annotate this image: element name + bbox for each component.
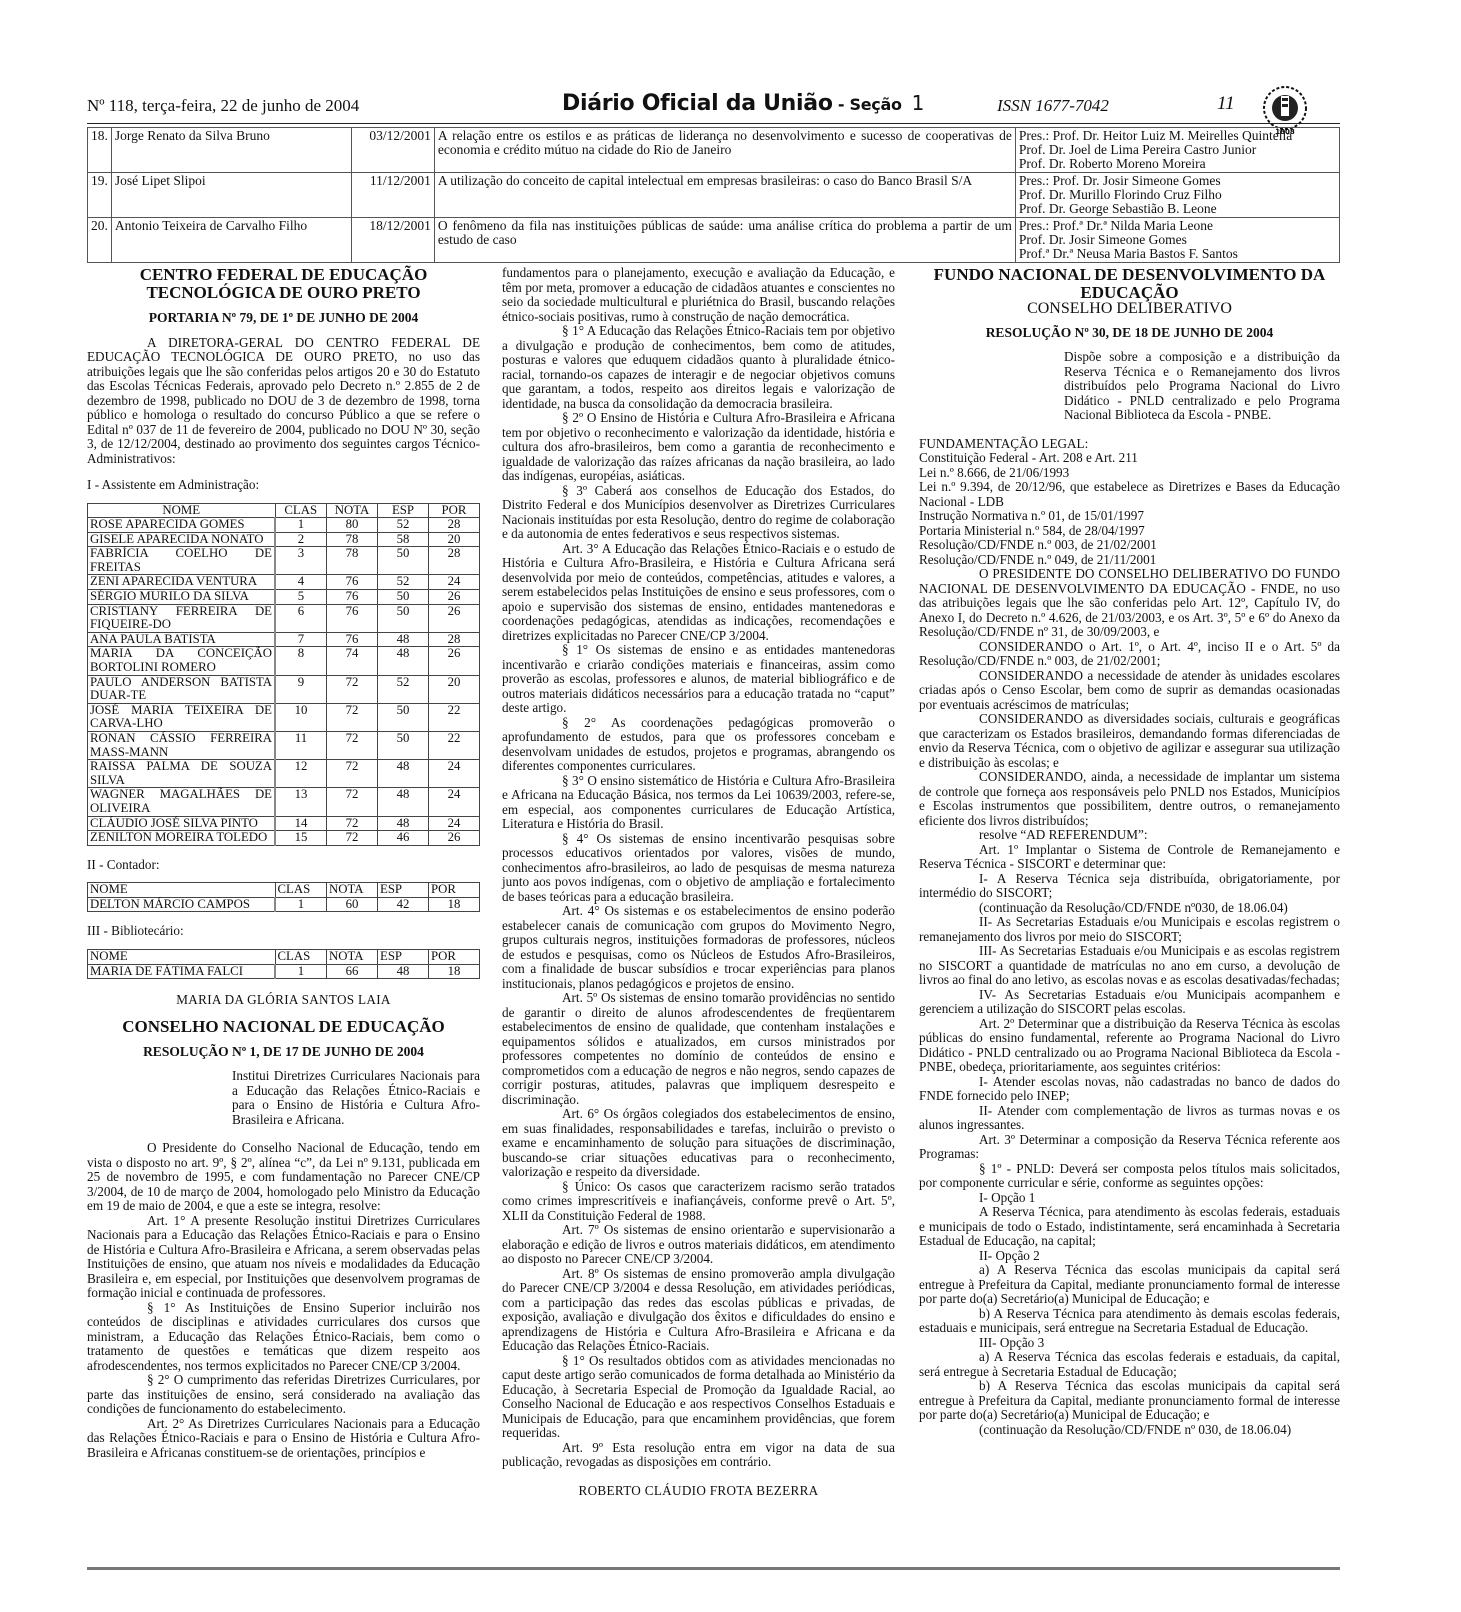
results-table-contador: NOME CLAS NOTA ESP POR DELTON MÁRCIO CAM…	[87, 882, 480, 912]
board-member: Prof. Dr. George Sebastião B. Leone	[1019, 202, 1336, 216]
col-header-nome: NOME	[88, 503, 276, 518]
table-header-row: NOME CLAS NOTA ESP POR	[88, 949, 480, 964]
page-header: Nº 118, terça-feira, 22 de junho de 2004…	[87, 96, 1340, 120]
thesis-title: A utilização do conceito de capital inte…	[434, 173, 1015, 218]
table-row: CLÁUDIO JOSÉ SILVA PINTO14724824	[88, 816, 480, 831]
col-header-nome: NOME	[88, 883, 276, 898]
title-text: Diário Oficial da União	[562, 91, 833, 116]
table-row: CRISTIANY FERREIRA DE FIQUEIRE-DO6765026	[88, 604, 480, 632]
table-row: MARIA DE FÁTIMA FALCI1664818	[88, 964, 480, 979]
group-label: II - Contador:	[87, 858, 480, 873]
fnde-heading: FUNDO NACIONAL DE DESENVOLVIMENTO DA EDU…	[919, 266, 1340, 302]
paragraph: a) A Reserva Técnica das escolas municip…	[919, 1263, 1340, 1307]
results-table-assistente: NOME CLAS NOTA ESP POR ROSE APARECIDA GO…	[87, 503, 480, 846]
col-header-esp: ESP	[378, 949, 429, 964]
board-member: Prof. Dr. Josir Simeone Gomes	[1019, 233, 1336, 247]
table-row: ZENI APARECIDA VENTURA4765224	[88, 575, 480, 590]
score-cell: 46	[378, 831, 429, 846]
header-rule	[87, 123, 1340, 124]
legal-basis-line: Instrução Normativa n.º 01, de 15/01/199…	[919, 509, 1340, 524]
legal-basis-line: Resolução/CD/FNDE n.º 049, de 21/11/2001	[919, 553, 1340, 568]
score-cell: 15	[275, 831, 327, 846]
board-member: Prof. Dr. Roberto Moreno Moreira	[1019, 157, 1336, 171]
paragraph: § 2° As coordenações pedagógicas promove…	[502, 716, 895, 774]
score-cell: 2	[275, 532, 327, 547]
score-cell: 76	[327, 632, 378, 647]
legal-basis-line: FUNDAMENTAÇÃO LEGAL:	[919, 437, 1340, 452]
paragraph: II- Atender com complementação de livros…	[919, 1104, 1340, 1133]
table-row: ANA PAULA BATISTA7764828	[88, 632, 480, 647]
table-row: RAISSA PALMA DE SOUZA SILVA12724824	[88, 760, 480, 788]
paragraph: § 1° A Educação das Relações Étnico-Raci…	[502, 324, 895, 411]
candidate-name: RONAN CÁSSIO FERREIRA MASS-MANN	[88, 732, 276, 760]
paragraph: Art. 7º Os sistemas de ensino orientarão…	[502, 1223, 895, 1267]
author-name: José Lipet Slipoi	[111, 173, 351, 218]
fnde-legal-basis: FUNDAMENTAÇÃO LEGAL:Constituição Federal…	[919, 437, 1340, 568]
fnde-ementa: Dispõe sobre a composição e a distribuiç…	[1064, 350, 1340, 423]
score-cell: 5	[275, 590, 327, 605]
table-header-row: NOME CLAS NOTA ESP POR	[88, 503, 480, 518]
candidate-name: CRISTIANY FERREIRA DE FIQUEIRE-DO	[88, 604, 276, 632]
score-cell: 6	[275, 604, 327, 632]
paragraph: § 2° O cumprimento das referidas Diretri…	[87, 1373, 480, 1417]
score-cell: 48	[378, 788, 429, 816]
cne-signature: ROBERTO CLÁUDIO FROTA BEZERRA	[502, 1484, 895, 1499]
candidate-name: JOSÉ MARIA TEIXEIRA DE CARVA-LHO	[88, 703, 276, 731]
paragraph: § 4° Os sistemas de ensino incentivarão …	[502, 832, 895, 905]
score-cell: 60	[327, 897, 378, 912]
candidate-name: DELTON MÁRCIO CAMPOS	[88, 897, 276, 912]
candidate-name: ZENILTON MOREIRA TOLEDO	[88, 831, 276, 846]
paragraph: III- Opção 3	[919, 1336, 1340, 1351]
score-cell: 28	[429, 632, 480, 647]
paragraph: CONSIDERANDO a necessidade de atender às…	[919, 669, 1340, 713]
paragraph: § 3º Caberá aos conselhos de Educação do…	[502, 484, 895, 542]
score-cell: 20	[429, 675, 480, 703]
group-label: I - Assistente em Administração:	[87, 478, 480, 493]
score-cell: 42	[378, 897, 429, 912]
score-cell: 80	[327, 518, 378, 533]
paragraph: I- Opção 1	[919, 1191, 1340, 1206]
score-cell: 1	[275, 518, 327, 533]
candidate-name: ZENI APARECIDA VENTURA	[88, 575, 276, 590]
column-1: CENTRO FEDERAL DE EDUCAÇÃO TECNOLÓGICA D…	[87, 266, 480, 1460]
score-cell: 28	[429, 547, 480, 575]
row-number: 18.	[88, 128, 112, 173]
score-cell: 24	[429, 575, 480, 590]
score-cell: 72	[327, 675, 378, 703]
score-cell: 13	[275, 788, 327, 816]
score-cell: 9	[275, 675, 327, 703]
table-row: GISELE APARECIDA NONATO2785820	[88, 532, 480, 547]
table-row: SÉRGIO MURILO DA SILVA5765026	[88, 590, 480, 605]
score-cell: 72	[327, 732, 378, 760]
score-cell: 3	[275, 547, 327, 575]
table-row: ZENILTON MOREIRA TOLEDO15724626	[88, 831, 480, 846]
score-cell: 8	[275, 647, 327, 675]
col-header-clas: CLAS	[275, 949, 327, 964]
table-row: RONAN CÁSSIO FERREIRA MASS-MANN11725022	[88, 732, 480, 760]
score-cell: 1	[275, 964, 327, 979]
examining-board: Pres.: Prof.ª Dr.ª Nilda Maria LeoneProf…	[1015, 218, 1339, 263]
paragraph: resolve “AD REFERENDUM”:	[919, 828, 1340, 843]
score-cell: 4	[275, 575, 327, 590]
paragraph: Art. 1° A presente Resolução institui Di…	[87, 1214, 480, 1301]
cefet-act-title: PORTARIA Nº 79, DE 1º DE JUNHO DE 2004	[87, 311, 480, 326]
score-cell: 24	[429, 788, 480, 816]
issue-date: Nº 118, terça-feira, 22 de junho de 2004	[87, 96, 359, 116]
paragraph: § 3° O ensino sistemático de História e …	[502, 774, 895, 832]
paragraph: Art. 4° Os sistemas e os estabelecimento…	[502, 904, 895, 991]
paragraph: I- Atender escolas novas, não cadastrada…	[919, 1075, 1340, 1104]
col-header-esp: ESP	[378, 503, 429, 518]
score-cell: 26	[429, 590, 480, 605]
paragraph: § Único: Os casos que caracterizem racis…	[502, 1180, 895, 1224]
score-cell: 52	[378, 575, 429, 590]
score-cell: 24	[429, 760, 480, 788]
table-row: 18. Jorge Renato da Silva Bruno 03/12/20…	[88, 128, 1340, 173]
score-cell: 28	[429, 518, 480, 533]
paragraph: Art. 3° A Educação das Relações Étnico-R…	[502, 542, 895, 644]
footer-rule	[87, 1567, 1340, 1570]
section-label: - Seção	[833, 95, 902, 114]
candidate-name: FABRÍCIA COELHO DE FREITAS	[88, 547, 276, 575]
col-header-nome: NOME	[88, 949, 276, 964]
score-cell: 48	[378, 760, 429, 788]
board-member: Pres.: Prof. Dr. Heitor Luiz M. Meirelle…	[1019, 129, 1336, 143]
score-cell: 78	[327, 532, 378, 547]
table-row: PAULO ANDERSON BATISTA DUAR-TE9725220	[88, 675, 480, 703]
score-cell: 72	[327, 760, 378, 788]
score-cell: 76	[327, 604, 378, 632]
board-member: Pres.: Prof.ª Dr.ª Nilda Maria Leone	[1019, 219, 1336, 233]
author-name: Jorge Renato da Silva Bruno	[111, 128, 351, 173]
table-row: JOSÉ MARIA TEIXEIRA DE CARVA-LHO10725022	[88, 703, 480, 731]
candidate-name: ANA PAULA BATISTA	[88, 632, 276, 647]
row-number: 19.	[88, 173, 112, 218]
paragraph: § 1º - PNLD: Deverá ser composta pelos t…	[919, 1162, 1340, 1191]
column-2: fundamentos para o planejamento, execuçã…	[502, 266, 895, 1508]
publication-title: Diário Oficial da União - Seção1	[562, 91, 924, 116]
score-cell: 22	[429, 732, 480, 760]
section-number: 1	[912, 91, 924, 115]
candidate-name: CLÁUDIO JOSÉ SILVA PINTO	[88, 816, 276, 831]
paragraph: I- A Reserva Técnica seja distribuída, o…	[919, 872, 1340, 901]
col-header-clas: CLAS	[275, 883, 327, 898]
examining-board: Pres.: Prof. Dr. Heitor Luiz M. Meirelle…	[1015, 128, 1339, 173]
paragraph: II- Opção 2	[919, 1249, 1340, 1264]
score-cell: 12	[275, 760, 327, 788]
paragraph: Art. 5º Os sistemas de ensino tomarão pr…	[502, 991, 895, 1107]
row-number: 20.	[88, 218, 112, 263]
paragraph: § 1° Os resultados obtidos com as ativid…	[502, 1354, 895, 1441]
legal-basis-line: Lei n.º 8.666, de 21/06/1993	[919, 466, 1340, 481]
board-member: Pres.: Prof. Dr. Josir Simeone Gomes	[1019, 174, 1336, 188]
score-cell: 26	[429, 831, 480, 846]
fnde-act-title: RESOLUÇÃO Nº 30, DE 18 DE JUNHO DE 2004	[919, 326, 1340, 341]
candidate-name: GISELE APARECIDA NONATO	[88, 532, 276, 547]
score-cell: 52	[378, 675, 429, 703]
table-header-row: NOME CLAS NOTA ESP POR	[88, 883, 480, 898]
defense-date: 03/12/2001	[351, 128, 434, 173]
score-cell: 7	[275, 632, 327, 647]
score-cell: 50	[378, 547, 429, 575]
paragraph: III- As Secretarias Estaduais e/ou Munic…	[919, 944, 1340, 988]
paragraph: (continuação da Resolução/CD/FNDE nº030,…	[919, 901, 1340, 916]
paragraph: O Presidente do Conselho Nacional de Edu…	[87, 1141, 480, 1214]
paragraph: b) A Reserva Técnica para atendimento às…	[919, 1307, 1340, 1336]
score-cell: 50	[378, 703, 429, 731]
score-cell: 18	[429, 897, 480, 912]
score-cell: 72	[327, 703, 378, 731]
score-cell: 72	[327, 816, 378, 831]
candidate-name: WAGNER MAGALHÃES DE OLIVEIRA	[88, 788, 276, 816]
cne-heading: CONSELHO NACIONAL DE EDUCAÇÃO	[87, 1018, 480, 1036]
paragraph: IV- As Secretarias Estaduais e/ou Munici…	[919, 988, 1340, 1017]
score-cell: 50	[378, 732, 429, 760]
score-cell: 66	[327, 964, 378, 979]
paragraph: § 2º O Ensino de História e Cultura Afro…	[502, 411, 895, 484]
board-member: Prof. Dr. Murillo Florindo Cruz Filho	[1019, 188, 1336, 202]
candidate-name: PAULO ANDERSON BATISTA DUAR-TE	[88, 675, 276, 703]
paragraph: Art. 2° As Diretrizes Curriculares Nacio…	[87, 1417, 480, 1461]
cefet-body: A DIRETORA-GERAL DO CENTRO FEDERAL DE ED…	[87, 336, 480, 467]
candidate-name: RAISSA PALMA DE SOUZA SILVA	[88, 760, 276, 788]
score-cell: 50	[378, 590, 429, 605]
score-cell: 58	[378, 532, 429, 547]
col-header-clas: CLAS	[275, 503, 327, 518]
score-cell: 52	[378, 518, 429, 533]
paragraph: CONSIDERANDO as diversidades sociais, cu…	[919, 712, 1340, 770]
results-table-bibliotecario: NOME CLAS NOTA ESP POR MARIA DE FÁTIMA F…	[87, 949, 480, 979]
paragraph: CONSIDERANDO o Art. 1º, o Art. 4º, incis…	[919, 640, 1340, 669]
paragraph: Art. 3º Determinar a composição da Reser…	[919, 1133, 1340, 1162]
paragraph: § 1° Os sistemas de ensino e as entidade…	[502, 643, 895, 716]
board-member: Prof. Dr. Joel de Lima Pereira Castro Ju…	[1019, 143, 1336, 157]
score-cell: 1	[275, 897, 327, 912]
paragraph: b) A Reserva Técnica das escolas municip…	[919, 1379, 1340, 1423]
score-cell: 50	[378, 604, 429, 632]
score-cell: 48	[378, 964, 429, 979]
table-row: FABRÍCIA COELHO DE FREITAS3785028	[88, 547, 480, 575]
col-header-por: POR	[429, 883, 480, 898]
score-cell: 76	[327, 575, 378, 590]
score-cell: 22	[429, 703, 480, 731]
score-cell: 72	[327, 831, 378, 846]
fnde-body: O PRESIDENTE DO CONSELHO DELIBERATIVO DO…	[919, 567, 1340, 1437]
score-cell: 48	[378, 632, 429, 647]
col-header-nota: NOTA	[327, 503, 378, 518]
defense-date: 11/12/2001	[351, 173, 434, 218]
fnde-subheading: CONSELHO DELIBERATIVO	[919, 302, 1340, 317]
table-row: ROSE APARECIDA GOMES1805228	[88, 518, 480, 533]
paragraph: O PRESIDENTE DO CONSELHO DELIBERATIVO DO…	[919, 567, 1340, 640]
score-cell: 18	[429, 964, 480, 979]
paragraph: (continuação da Resolução/CD/FNDE nº 030…	[919, 1423, 1340, 1438]
score-cell: 78	[327, 547, 378, 575]
col-header-por: POR	[429, 503, 480, 518]
col-header-por: POR	[429, 949, 480, 964]
paragraph: § 1° As Instituições de Ensino Superior …	[87, 1301, 480, 1374]
score-cell: 20	[429, 532, 480, 547]
cne-body-col1: O Presidente do Conselho Nacional de Edu…	[87, 1141, 480, 1460]
cne-ementa: Institui Diretrizes Curriculares Naciona…	[232, 1069, 480, 1127]
score-cell: 10	[275, 703, 327, 731]
table-row: 19. José Lipet Slipoi 11/12/2001 A utili…	[88, 173, 1340, 218]
page-number: 11	[1217, 93, 1235, 115]
table-row: WAGNER MAGALHÃES DE OLIVEIRA13724824	[88, 788, 480, 816]
paragraph: Art. 9º Esta resolução entra em vigor na…	[502, 1441, 895, 1470]
examining-board: Pres.: Prof. Dr. Josir Simeone GomesProf…	[1015, 173, 1339, 218]
score-cell: 11	[275, 732, 327, 760]
candidate-name: MARIA DE FÁTIMA FALCI	[88, 964, 276, 979]
column-3: FUNDO NACIONAL DE DESENVOLVIMENTO DA EDU…	[919, 266, 1340, 1437]
cne-continuation: fundamentos para o planejamento, execuçã…	[502, 266, 895, 324]
table-row: 20. Antonio Teixeira de Carvalho Filho 1…	[88, 218, 1340, 263]
legal-basis-line: Resolução/CD/FNDE n.º 003, de 21/02/2001	[919, 538, 1340, 553]
thesis-title: A relação entre os estilos e as práticas…	[434, 128, 1015, 173]
paragraph: Art. 1º Implantar o Sistema de Controle …	[919, 843, 1340, 872]
paragraph: Art. 8º Os sistemas de ensino promoverão…	[502, 1267, 895, 1354]
candidate-name: SÉRGIO MURILO DA SILVA	[88, 590, 276, 605]
paragraph: A Reserva Técnica, para atendimento às e…	[919, 1205, 1340, 1249]
score-cell: 72	[327, 788, 378, 816]
col-header-nota: NOTA	[327, 883, 378, 898]
score-cell: 48	[378, 647, 429, 675]
score-cell: 14	[275, 816, 327, 831]
thesis-table: 18. Jorge Renato da Silva Bruno 03/12/20…	[87, 127, 1340, 263]
board-member: Prof.ª Dr.ª Neusa Maria Bastos F. Santos	[1019, 247, 1336, 261]
score-cell: 48	[378, 816, 429, 831]
score-cell: 76	[327, 590, 378, 605]
paragraph: CONSIDERANDO, ainda, a necessidade de im…	[919, 770, 1340, 828]
table-row: MARIA DA CONCEIÇÃO BORTOLINI ROMERO87448…	[88, 647, 480, 675]
paragraph: Art. 6° Os órgãos colegiados dos estabel…	[502, 1107, 895, 1180]
author-name: Antonio Teixeira de Carvalho Filho	[111, 218, 351, 263]
score-cell: 26	[429, 604, 480, 632]
thesis-title: O fenômeno da fila nas instituições públ…	[434, 218, 1015, 263]
legal-basis-line: Constituição Federal - Art. 208 e Art. 2…	[919, 451, 1340, 466]
issn: ISSN 1677-7042	[997, 96, 1109, 116]
cefet-heading: CENTRO FEDERAL DE EDUCAÇÃO TECNOLÓGICA D…	[87, 266, 480, 302]
paragraph: a) A Reserva Técnica das escolas federai…	[919, 1350, 1340, 1379]
candidate-name: ROSE APARECIDA GOMES	[88, 518, 276, 533]
cne-act-title: RESOLUÇÃO Nº 1, DE 17 DE JUNHO DE 2004	[87, 1045, 480, 1060]
col-header-nota: NOTA	[327, 949, 378, 964]
group-label: III - Bibliotecário:	[87, 924, 480, 939]
cefet-signature: MARIA DA GLÓRIA SANTOS LAIA	[87, 993, 480, 1008]
cne-body-col2: § 1° A Educação das Relações Étnico-Raci…	[502, 324, 895, 1470]
defense-date: 18/12/2001	[351, 218, 434, 263]
table-row: DELTON MÁRCIO CAMPOS1604218	[88, 897, 480, 912]
paragraph: II- As Secretarias Estaduais e/ou Munici…	[919, 915, 1340, 944]
score-cell: 24	[429, 816, 480, 831]
legal-basis-line: Portaria Ministerial n.º 584, de 28/04/1…	[919, 524, 1340, 539]
candidate-name: MARIA DA CONCEIÇÃO BORTOLINI ROMERO	[88, 647, 276, 675]
score-cell: 74	[327, 647, 378, 675]
col-header-esp: ESP	[378, 883, 429, 898]
paragraph: Art. 2º Determinar que a distribuição da…	[919, 1017, 1340, 1075]
legal-basis-line: Lei n.º 9.394, de 20/12/96, que estabele…	[919, 480, 1340, 509]
score-cell: 26	[429, 647, 480, 675]
